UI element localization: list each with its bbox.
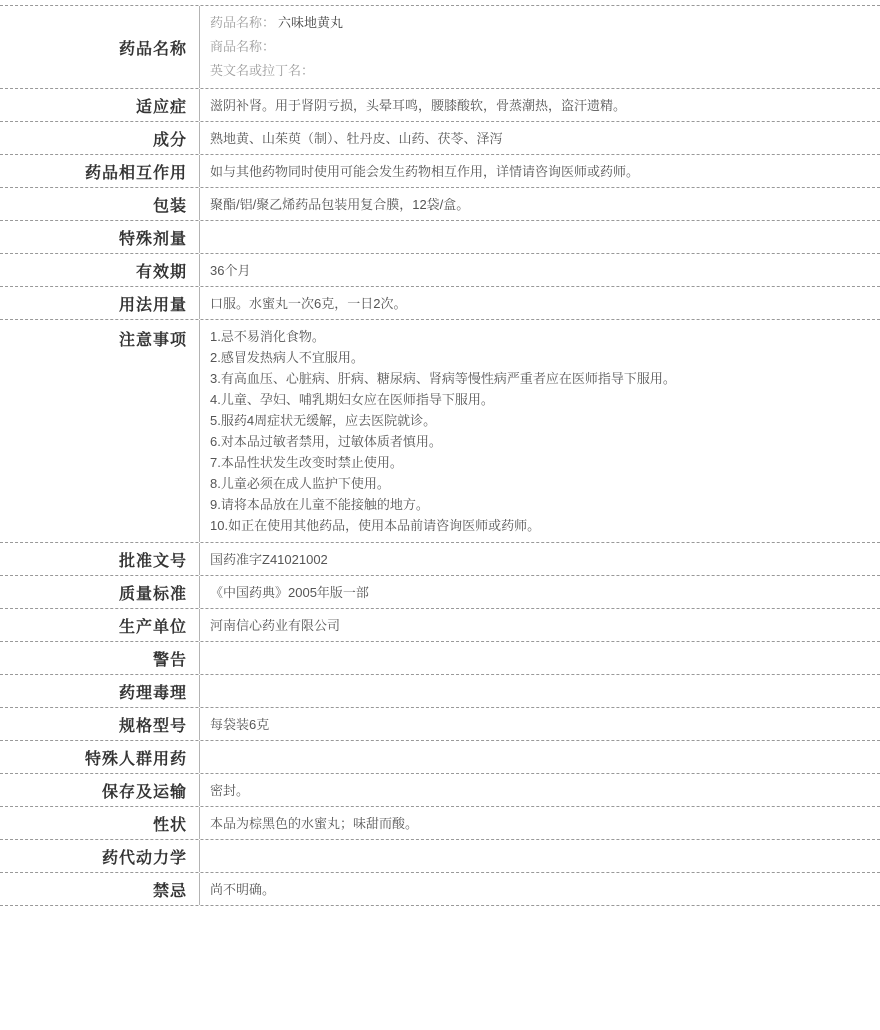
row-label: 药品相互作用 [0,155,200,187]
precaution-item: 1.忌不易消化食物。 [210,326,870,347]
table-row-quality-standard: 质量标准 《中国药典》2005年版一部 [0,576,880,609]
row-label: 药理毒理 [0,675,200,707]
row-label: 规格型号 [0,708,200,740]
row-label: 药代动力学 [0,840,200,872]
table-row-indications: 适应症 滋阴补肾。用于肾阴亏损，头晕耳鸣，腰膝酸软，骨蒸潮热，盗汗遗精。 [0,89,880,122]
row-label: 包装 [0,188,200,220]
precaution-item: 5.服药4周症状无缓解，应去医院就诊。 [210,410,870,431]
row-value: 1.忌不易消化食物。 2.感冒发热病人不宜服用。 3.有高血压、心脏病、肝病、糖… [200,320,880,542]
drug-name-line: 药品名称：六味地黄丸 [210,11,870,35]
row-label: 禁忌 [0,873,200,905]
field-key: 药品名称： [210,15,275,30]
row-value: 药品名称：六味地黄丸 商品名称： 英文名或拉丁名： [200,6,880,88]
table-row-precautions: 注意事项 1.忌不易消化食物。 2.感冒发热病人不宜服用。 3.有高血压、心脏病… [0,320,880,543]
row-value: 如与其他药物同时使用可能会发生药物相互作用，详情请咨询医师或药师。 [200,155,880,187]
precaution-item: 8.儿童必须在成人监护下使用。 [210,473,870,494]
row-value [200,840,880,872]
row-label: 有效期 [0,254,200,286]
row-value [200,741,880,773]
field-key: 英文名或拉丁名： [210,63,314,78]
row-label: 注意事项 [0,320,200,542]
latin-name-line: 英文名或拉丁名： [210,59,870,83]
row-label: 用法用量 [0,287,200,319]
table-row-packaging: 包装 聚酯/铝/聚乙烯药品包装用复合膜，12袋/盒。 [0,188,880,221]
table-row-interactions: 药品相互作用 如与其他药物同时使用可能会发生药物相互作用，详情请咨询医师或药师。 [0,155,880,188]
row-label: 特殊人群用药 [0,741,200,773]
table-row-specification: 规格型号 每袋装6克 [0,708,880,741]
table-row-special-populations: 特殊人群用药 [0,741,880,774]
row-value: 河南信心药业有限公司 [200,609,880,641]
row-value: 熟地黄、山茱萸（制）、牡丹皮、山药、茯苓、泽泻 [200,122,880,154]
row-value: 口服。水蜜丸一次6克，一日2次。 [200,287,880,319]
table-row-shelf-life: 有效期 36个月 [0,254,880,287]
precaution-item: 3.有高血压、心脏病、肝病、糖尿病、肾病等慢性病严重者应在医师指导下服用。 [210,368,870,389]
table-row-pharmacokinetics: 药代动力学 [0,840,880,873]
row-value [200,642,880,674]
row-value [200,221,880,253]
precaution-item: 2.感冒发热病人不宜服用。 [210,347,870,368]
table-row-drug-name: 药品名称 药品名称：六味地黄丸 商品名称： 英文名或拉丁名： [0,6,880,89]
row-value [200,675,880,707]
field-value: 六味地黄丸 [278,15,343,30]
row-label: 适应症 [0,89,200,121]
row-label: 质量标准 [0,576,200,608]
table-row-storage-transport: 保存及运输 密封。 [0,774,880,807]
row-value: 滋阴补肾。用于肾阴亏损，头晕耳鸣，腰膝酸软，骨蒸潮热，盗汗遗精。 [200,89,880,121]
table-row-pharmacology-toxicology: 药理毒理 [0,675,880,708]
row-value: 聚酯/铝/聚乙烯药品包装用复合膜，12袋/盒。 [200,188,880,220]
row-value: 密封。 [200,774,880,806]
row-label: 成分 [0,122,200,154]
field-key: 商品名称： [210,39,275,54]
table-row-manufacturer: 生产单位 河南信心药业有限公司 [0,609,880,642]
row-label: 生产单位 [0,609,200,641]
row-value: 《中国药典》2005年版一部 [200,576,880,608]
row-value: 国药准字Z41021002 [200,543,880,575]
row-label: 批准文号 [0,543,200,575]
row-label: 保存及运输 [0,774,200,806]
drug-info-table: 药品名称 药品名称：六味地黄丸 商品名称： 英文名或拉丁名： 适应症 滋阴补肾。… [0,5,880,906]
trade-name-line: 商品名称： [210,35,870,59]
precaution-item: 4.儿童、孕妇、哺乳期妇女应在医师指导下服用。 [210,389,870,410]
precaution-item: 10.如正在使用其他药品，使用本品前请咨询医师或药师。 [210,515,870,536]
table-row-warning: 警告 [0,642,880,675]
table-row-contraindications: 禁忌 尚不明确。 [0,873,880,906]
table-row-dosage: 用法用量 口服。水蜜丸一次6克，一日2次。 [0,287,880,320]
table-row-description: 性状 本品为棕黑色的水蜜丸；味甜而酸。 [0,807,880,840]
row-label: 警告 [0,642,200,674]
row-value: 本品为棕黑色的水蜜丸；味甜而酸。 [200,807,880,839]
precaution-item: 9.请将本品放在儿童不能接触的地方。 [210,494,870,515]
precaution-item: 7.本品性状发生改变时禁止使用。 [210,452,870,473]
precaution-item: 6.对本品过敏者禁用，过敏体质者慎用。 [210,431,870,452]
row-value: 36个月 [200,254,880,286]
row-label: 特殊剂量 [0,221,200,253]
row-label: 性状 [0,807,200,839]
row-value: 尚不明确。 [200,873,880,905]
table-row-special-dosage: 特殊剂量 [0,221,880,254]
row-value: 每袋装6克 [200,708,880,740]
row-label: 药品名称 [0,6,200,88]
table-row-ingredients: 成分 熟地黄、山茱萸（制）、牡丹皮、山药、茯苓、泽泻 [0,122,880,155]
table-row-approval-number: 批准文号 国药准字Z41021002 [0,543,880,576]
